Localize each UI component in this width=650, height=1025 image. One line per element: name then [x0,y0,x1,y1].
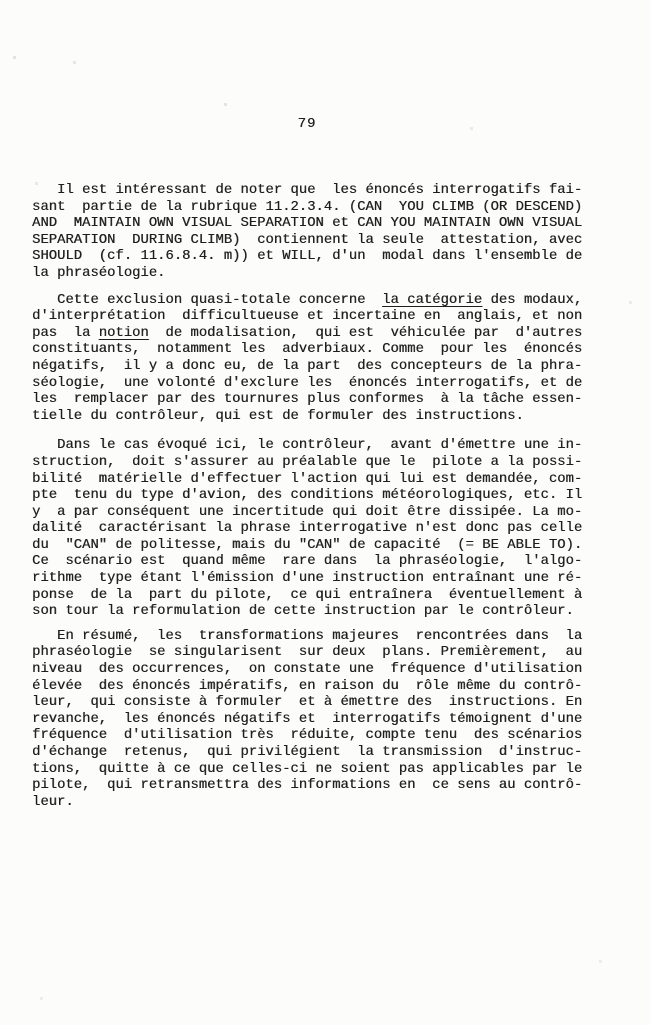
line-segment: Cette exclusion quasi-totale concerne [32,292,382,308]
text-line: du "CAN" de politesse, mais du "CAN" de … [32,537,592,554]
page-number: 79 [32,116,582,132]
document-body: Il est intéressant de noter que les énon… [32,182,592,810]
underlined-term: notion [99,325,149,341]
text-line: dalité caractérisant la phrase interroga… [32,520,592,537]
text-line: pas la notion de modalisation, qui est v… [32,325,592,342]
paragraph-1: Il est intéressant de noter que les énon… [32,182,592,282]
text-line: d'échange retenus, qui privilégient la t… [32,744,592,761]
text-line: y a par conséquent une incertitude qui d… [32,504,592,521]
text-line: son tour la reformulation de cette instr… [32,603,592,620]
text-line: leur, qui consiste à formuler et à émett… [32,694,592,711]
text-line: constituants, notamment les adverbiaux. … [32,341,592,358]
text-line: Il est intéressant de noter que les énon… [32,182,592,199]
scan-noise-specks [0,0,1,1]
text-line: Cette exclusion quasi-totale concerne la… [32,292,592,309]
paragraph-3: Dans le cas évoqué ici, le contrôleur, a… [32,437,592,620]
text-line: tions, quitte à ce que celles-ci ne soie… [32,761,592,778]
text-line: SHOULD (cf. 11.6.8.4. m)) et WILL, d'un … [32,248,592,265]
text-line: d'interprétation difficultueuse et incer… [32,308,592,325]
text-line: les remplacer par des tournures plus con… [32,391,592,408]
text-line: ponse de la part du pilote, ce qui entra… [32,587,592,604]
text-line: tielle du contrôleur, qui est de formule… [32,408,592,425]
scanned-document-page: 79 Il est intéressant de noter que les é… [0,0,650,1025]
line-segment: pas la [32,325,99,341]
text-line: sant partie de la rubrique 11.2.3.4. (CA… [32,199,592,216]
text-line: struction, doit s'assurer au préalable q… [32,454,592,471]
text-line: pilote, qui retransmettra des informatio… [32,777,592,794]
text-line: élevée des énoncés impératifs, en raison… [32,678,592,695]
text-line: AND MAINTAIN OWN VISUAL SEPARATION et CA… [32,215,592,232]
text-line: phraséologie se singularisent sur deux p… [32,644,592,661]
underlined-term: la catégorie [382,292,482,308]
line-segment: de modalisation, qui est véhiculée par d… [149,325,582,341]
text-line: niveau des occurrences, on constate une … [32,661,592,678]
text-line: leur. [32,794,592,811]
text-line: revanche, les énoncés négatifs et interr… [32,711,592,728]
paragraph-4: En résumé, les transformations majeures … [32,628,592,811]
text-line: rithme type étant l'émission d'une instr… [32,570,592,587]
text-line: bilité matérielle d'effectuer l'action q… [32,471,592,488]
text-line: pte tenu du type d'avion, des conditions… [32,487,592,504]
text-line: SEPARATION DURING CLIMB) contiennent la … [32,232,592,249]
paragraph-2: Cette exclusion quasi-totale concerne la… [32,292,592,425]
text-line: Dans le cas évoqué ici, le contrôleur, a… [32,437,592,454]
text-line: séologie, une volonté d'exclure les énon… [32,375,592,392]
line-segment: des modaux, [482,292,582,308]
text-line: Ce scénario est quand même rare dans la … [32,553,592,570]
text-line: la phraséologie. [32,265,592,282]
text-line: négatifs, il y a donc eu, de la part des… [32,358,592,375]
text-line: En résumé, les transformations majeures … [32,628,592,645]
text-line: fréquence d'utilisation très réduite, co… [32,727,592,744]
